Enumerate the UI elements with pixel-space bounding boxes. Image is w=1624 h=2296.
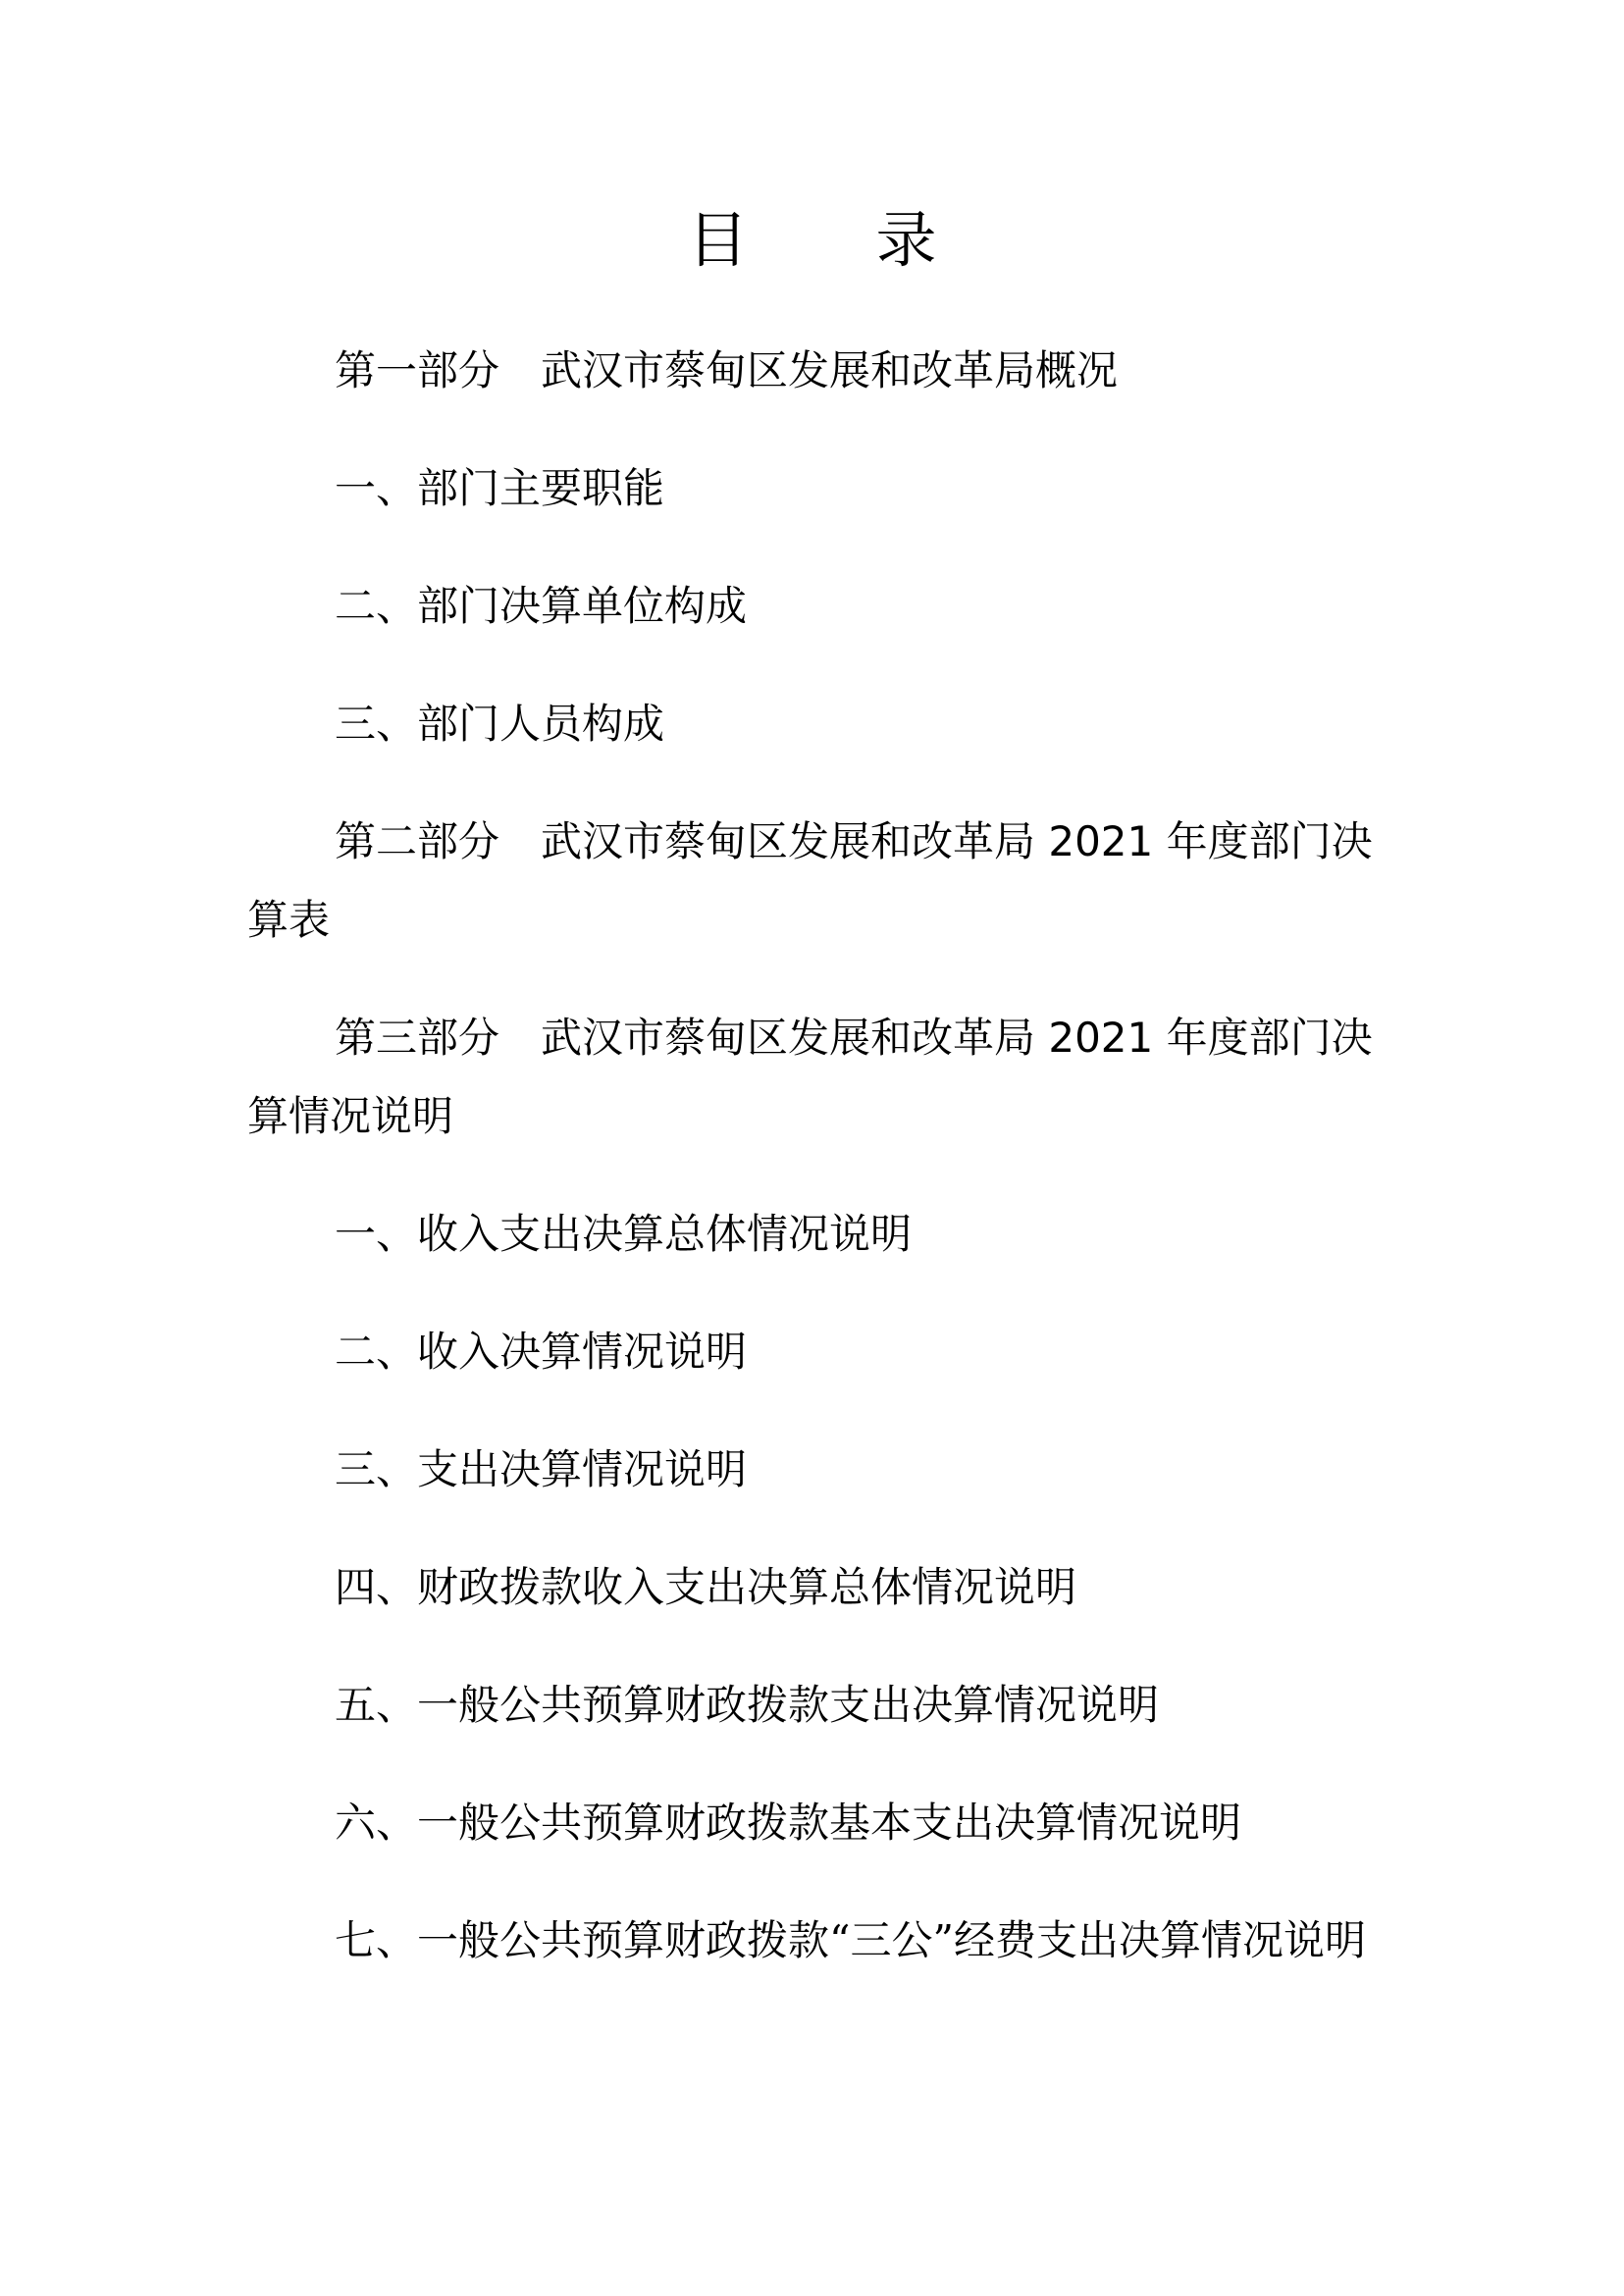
document-page: 目录 第一部分 武汉市蔡甸区发展和改革局概况 一、部门主要职能 二、部门决算单位… [0,0,1624,2296]
toc-item-3-5[interactable]: 五、一般公共预算财政拨款支出决算情况说明 [247,1666,1386,1745]
title-char-1: 目 [687,201,748,280]
toc-item-1-3[interactable]: 三、部门人员构成 [247,685,1386,763]
toc-item-3-1[interactable]: 一、收入支出决算总体情况说明 [247,1195,1386,1274]
toc-part-1[interactable]: 第一部分 武汉市蔡甸区发展和改革局概况 [247,332,1386,410]
toc-item-1-1[interactable]: 一、部门主要职能 [247,449,1386,528]
toc-item-3-3[interactable]: 三、支出决算情况说明 [247,1431,1386,1509]
toc-item-3-6[interactable]: 六、一般公共预算财政拨款基本支出决算情况说明 [247,1784,1386,1862]
toc-item-3-4[interactable]: 四、财政拨款收入支出决算总体情况说明 [247,1548,1386,1627]
page-title: 目录 [0,201,1624,280]
toc-part-2[interactable]: 第二部分 武汉市蔡甸区发展和改革局 2021 年度部门决算表 [247,803,1386,960]
title-char-2: 录 [876,201,937,280]
toc-item-3-2[interactable]: 二、收入决算情况说明 [247,1313,1386,1391]
toc-part-3[interactable]: 第三部分 武汉市蔡甸区发展和改革局 2021 年度部门决算情况说明 [247,999,1386,1156]
table-of-contents: 第一部分 武汉市蔡甸区发展和改革局概况 一、部门主要职能 二、部门决算单位构成 … [247,332,1386,2019]
toc-item-1-2[interactable]: 二、部门决算单位构成 [247,567,1386,646]
toc-item-3-7[interactable]: 七、一般公共预算财政拨款“三公”经费支出决算情况说明 [247,1902,1386,1980]
